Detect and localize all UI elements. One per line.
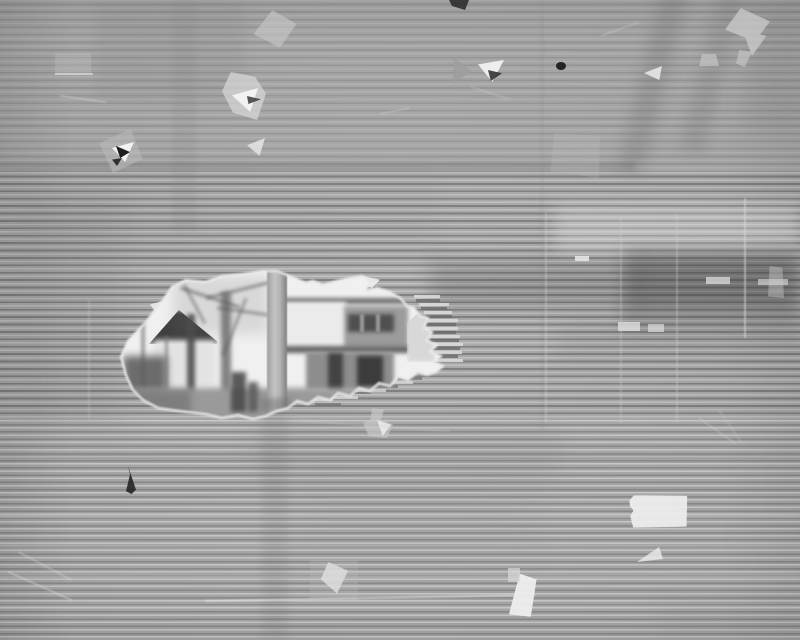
tape-diamond-topleft <box>251 7 300 51</box>
hole-house-window-mullion <box>376 314 380 332</box>
shadow-left-bush <box>20 190 120 430</box>
tape-outline-bottomleft <box>310 560 358 600</box>
shadow-right-mid-fade <box>560 320 800 360</box>
tape-outline-edge <box>55 73 93 75</box>
window-sliver-4 <box>648 324 664 332</box>
scratch-top-right <box>601 21 639 37</box>
tape-trapezoid-small <box>699 54 719 66</box>
rib-shard-dark <box>426 315 452 318</box>
rib-shard-white <box>424 327 458 330</box>
rib-shard-dark <box>431 339 459 342</box>
hole-house-lower-dark <box>328 353 343 390</box>
rib-shard-white <box>424 311 452 314</box>
rib-shard-white <box>430 335 460 338</box>
scratch-curve-1 <box>698 417 736 444</box>
tape-outline-rect <box>55 53 91 75</box>
stripe-bright-2 <box>0 545 800 548</box>
rib-shard-white <box>433 343 463 346</box>
shard-white-bottom <box>637 547 663 562</box>
seam-faint-1 <box>545 212 547 422</box>
scratch-long-bottom <box>205 594 535 602</box>
seam-highlight-vertical <box>744 198 746 338</box>
stripe-dark-2 <box>0 487 800 490</box>
shard-dark-notch <box>488 70 502 81</box>
hole-house-window-strip <box>348 314 394 332</box>
rib-shard-white <box>435 359 463 362</box>
smudge-gray-tri <box>452 58 472 84</box>
hole-house-lower-dark <box>357 356 383 387</box>
seam-faint-2 <box>620 218 622 423</box>
stripe-dark-1 <box>0 455 800 459</box>
rib-shard-dark <box>421 307 447 310</box>
scratch-mid-2 <box>471 86 510 100</box>
photograph-broken-ribbed-panel <box>0 0 800 640</box>
rib-shard-white <box>428 319 458 322</box>
tape-faint-mid <box>544 126 607 187</box>
stripe-bright-3 <box>0 575 800 578</box>
shadow-house-mid <box>430 260 640 308</box>
speck-black <box>556 62 566 70</box>
hole-figure <box>231 372 246 412</box>
rib-shard-white <box>414 295 440 298</box>
scratch-mid-1 <box>380 107 410 115</box>
rib-shard-white <box>419 303 449 306</box>
rib-shard-dark <box>416 299 440 302</box>
rib-shard-dark <box>428 331 456 334</box>
chip-dark-top <box>449 0 469 10</box>
seam-faint-left <box>88 300 90 420</box>
hole-house-window-mullion <box>360 314 364 332</box>
rib-shard-dark <box>315 403 341 406</box>
hole-figure <box>248 382 258 412</box>
hole-house-upper-white <box>284 302 346 348</box>
seam-faint-3 <box>676 214 678 422</box>
window-sliver-1 <box>706 277 730 284</box>
stripe-bright-4 <box>0 605 800 608</box>
rib-shard-dark <box>426 323 456 326</box>
mark-white-squiggle <box>575 256 589 261</box>
window-sliver-2 <box>758 279 788 285</box>
rib-shard-white <box>330 396 358 399</box>
shadow-panel-seam <box>540 0 544 430</box>
shadow-topleft-dashes <box>95 0 245 100</box>
tape-white-rect-bottomright <box>629 493 689 530</box>
shard-white-right-mid <box>247 138 265 156</box>
chip-dark-bottomleft <box>126 466 136 494</box>
tape-strip-top-piece <box>508 568 520 582</box>
